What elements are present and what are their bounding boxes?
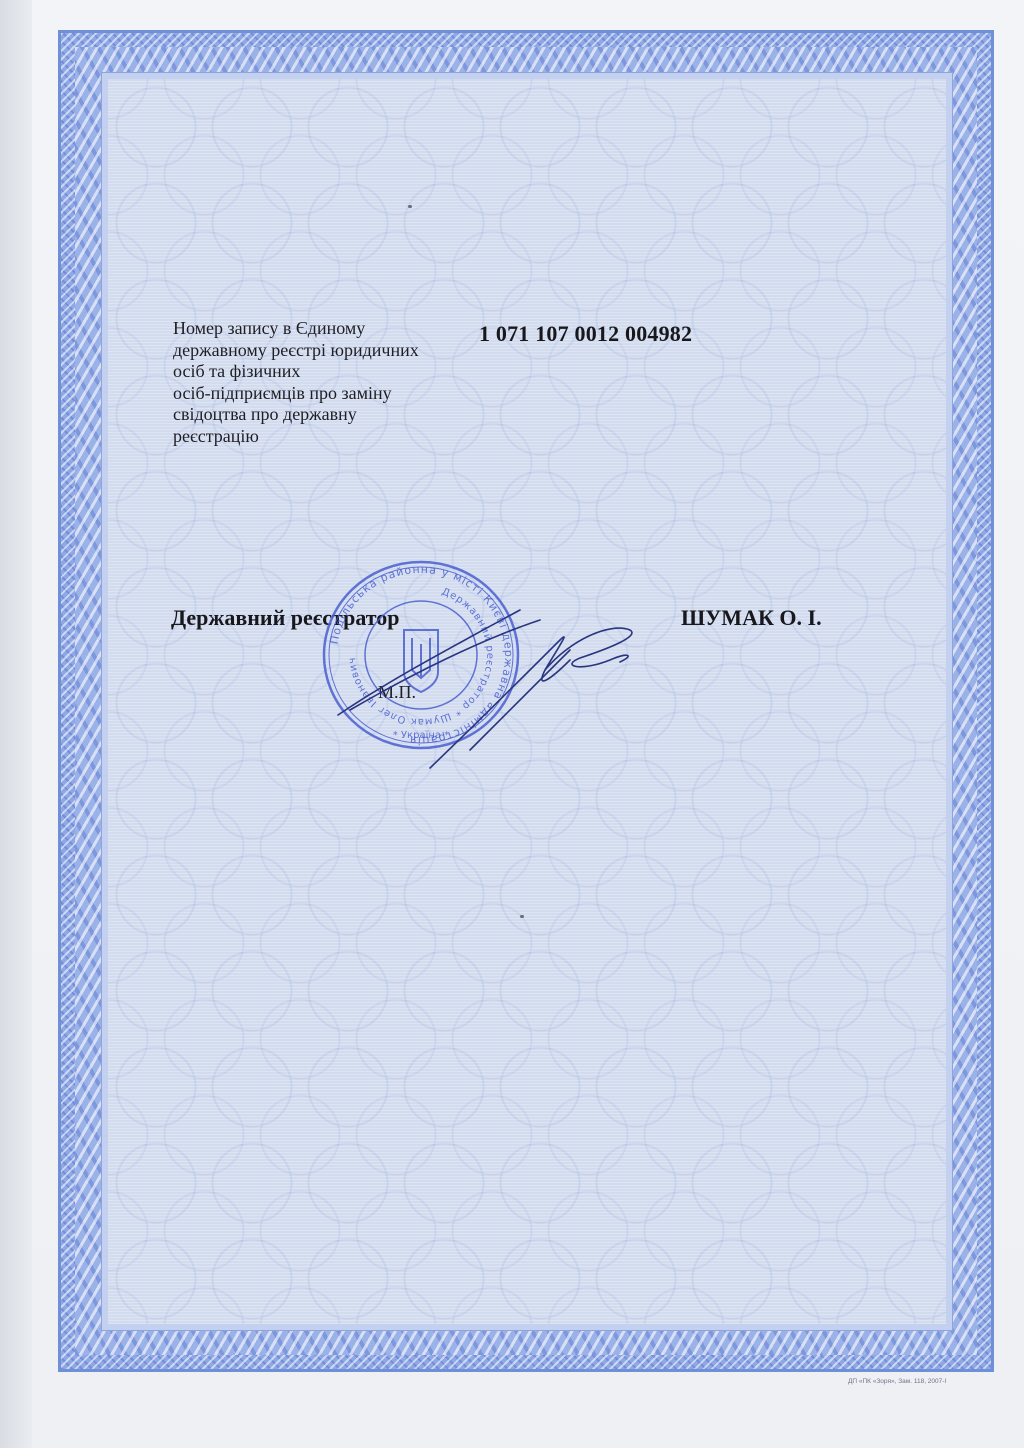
registry-record-label: Номер запису в Єдиному державному реєстр… [173,318,463,447]
printer-mark: ДП «ПК «Зоря», Зам. 118, 2007-І [848,1378,946,1385]
signature [330,600,660,770]
document-content: Номер запису в Єдиному державному реєстр… [0,0,1024,1448]
scan-speck [408,205,412,208]
scan-speck [520,915,524,918]
registrar-name: ШУМАК О. І. [681,605,822,631]
registry-record-number: 1 071 107 0012 004982 [479,321,692,347]
